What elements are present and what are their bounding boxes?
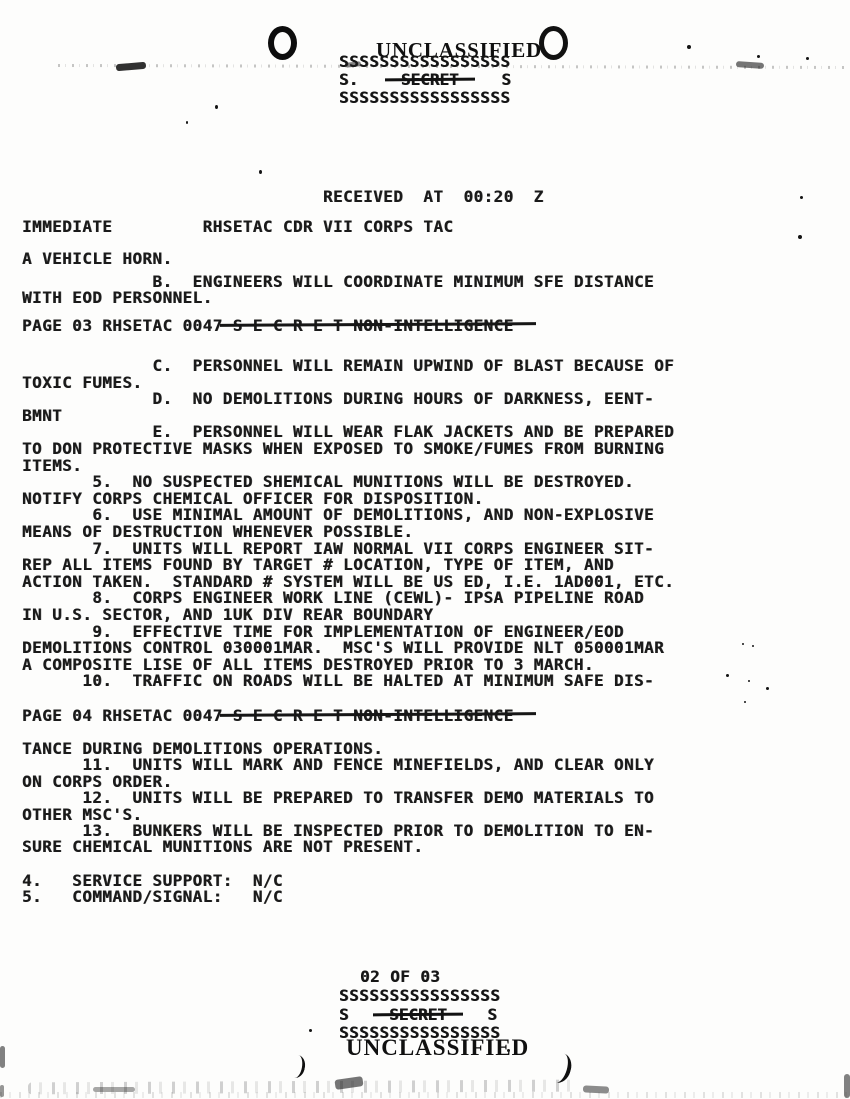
main-paragraphs: C. PERSONNEL WILL REMAIN UPWIND OF BLAST… [22,358,674,690]
vehicle-horn-line: A VEHICLE HORN. [22,251,173,267]
scan-noise-band-edge [0,1092,850,1098]
scan-dot [259,170,262,174]
text-line: 5. COMMAND/SIGNAL: N/C [22,889,283,905]
scan-dot [744,701,746,703]
page-03-header-line: PAGE 03 RHSETAC 0047 S E C R E T NON-INT… [22,318,534,334]
scan-dot [806,57,809,60]
service-command-lines: 4. SERVICE SUPPORT: N/C5. COMMAND/SIGNAL… [22,873,283,905]
scan-dot [507,1049,510,1052]
scan-speck [583,1085,609,1093]
punch-hole-left-icon [268,26,297,60]
text-line: D. NO DEMOLITIONS DURING HOURS OF DARKNE… [22,391,674,408]
secret-line: S. SECRET S [339,71,511,89]
scanned-document-page: UNCLASSIFIED SSSSSSSSSSSSSSSSS S. SECRET… [0,0,850,1099]
text-line: RECEIVED AT 00:20 Z [22,189,544,205]
scan-dot [687,45,691,49]
scan-speck [0,1046,5,1068]
scan-dot [766,687,769,690]
scan-dot [752,645,754,647]
text-line: IMMEDIATE RHSETAC CDR VII CORPS TAC [22,219,453,235]
paragraph-b: B. ENGINEERS WILL COORDINATE MINIMUM SFE… [22,274,654,305]
scan-dot [742,643,744,645]
struck-secret-label: SECRET [389,1006,447,1025]
s-row: SSSSSSSSSSSSSSSSS [339,89,511,107]
text-line: PAGE 04 RHSETAC 0047 S E C R E T NON-INT… [22,708,534,724]
scan-dot [309,1029,312,1032]
secret-line-right: S [487,1006,497,1025]
page-count: 02 OF 03 [360,969,440,985]
struck-secret-label: SECRET [401,71,459,89]
scan-dot [186,121,188,124]
scan-dot [800,196,803,199]
text-line: A VEHICLE HORN. [22,251,173,267]
received-at-line: RECEIVED AT 00:20 Z [22,189,544,205]
precedence-address-line: IMMEDIATE RHSETAC CDR VII CORPS TAC [22,219,453,235]
text-line: PAGE 03 RHSETAC 0047 S E C R E T NON-INT… [22,318,534,334]
text-line: WITH EOD PERSONNEL. [22,290,654,306]
unclassified-stamp-bottom: UNCLASSIFIED [346,1035,529,1061]
text-line: 10. TRAFFIC ON ROADS WILL BE HALTED AT M… [22,673,674,690]
page-04-header-line: PAGE 04 RHSETAC 0047 S E C R E T NON-INT… [22,708,534,724]
scan-speck [844,1074,850,1098]
text-line: SURE CHEMICAL MUNITIONS ARE NOT PRESENT. [22,839,654,855]
secret-line: S SECRET S [339,1006,497,1025]
text-line: TO DON PROTECTIVE MASKS WHEN EXPOSED TO … [22,441,674,458]
scan-dot [748,680,750,682]
s-row: SSSSSSSSSSSSSSSS [339,987,500,1006]
page-header-text: PAGE 04 RHSETAC 0047 [22,706,223,725]
punch-hole-right-icon [539,26,568,60]
scan-speck [0,1085,4,1097]
scan-dot [726,674,729,677]
secret-line-left: S [339,1006,349,1025]
secret-line-right: S [501,71,511,89]
scan-speck [93,1087,135,1092]
struck-classification-text: S E C R E T NON-INTELLIGENCE [223,706,534,725]
page-header-text: PAGE 03 RHSETAC 0047 [22,316,223,335]
struck-classification-text: S E C R E T NON-INTELLIGENCE [223,316,534,335]
s-row: SSSSSSSSSSSSSSSSS [339,53,511,71]
secret-line-left: S. [339,71,358,89]
scan-dot [215,105,218,109]
continuation-paragraphs: TANCE DURING DEMOLITIONS OPERATIONS. 11.… [22,741,654,856]
scan-curl-left-icon [286,1054,307,1080]
scan-dot [757,55,760,58]
text-line: IN U.S. SECTOR, AND 1UK DIV REAR BOUNDAR… [22,607,674,624]
classification-band-top: SSSSSSSSSSSSSSSSS S. SECRET S SSSSSSSSSS… [339,53,511,106]
scan-dot [798,235,802,239]
